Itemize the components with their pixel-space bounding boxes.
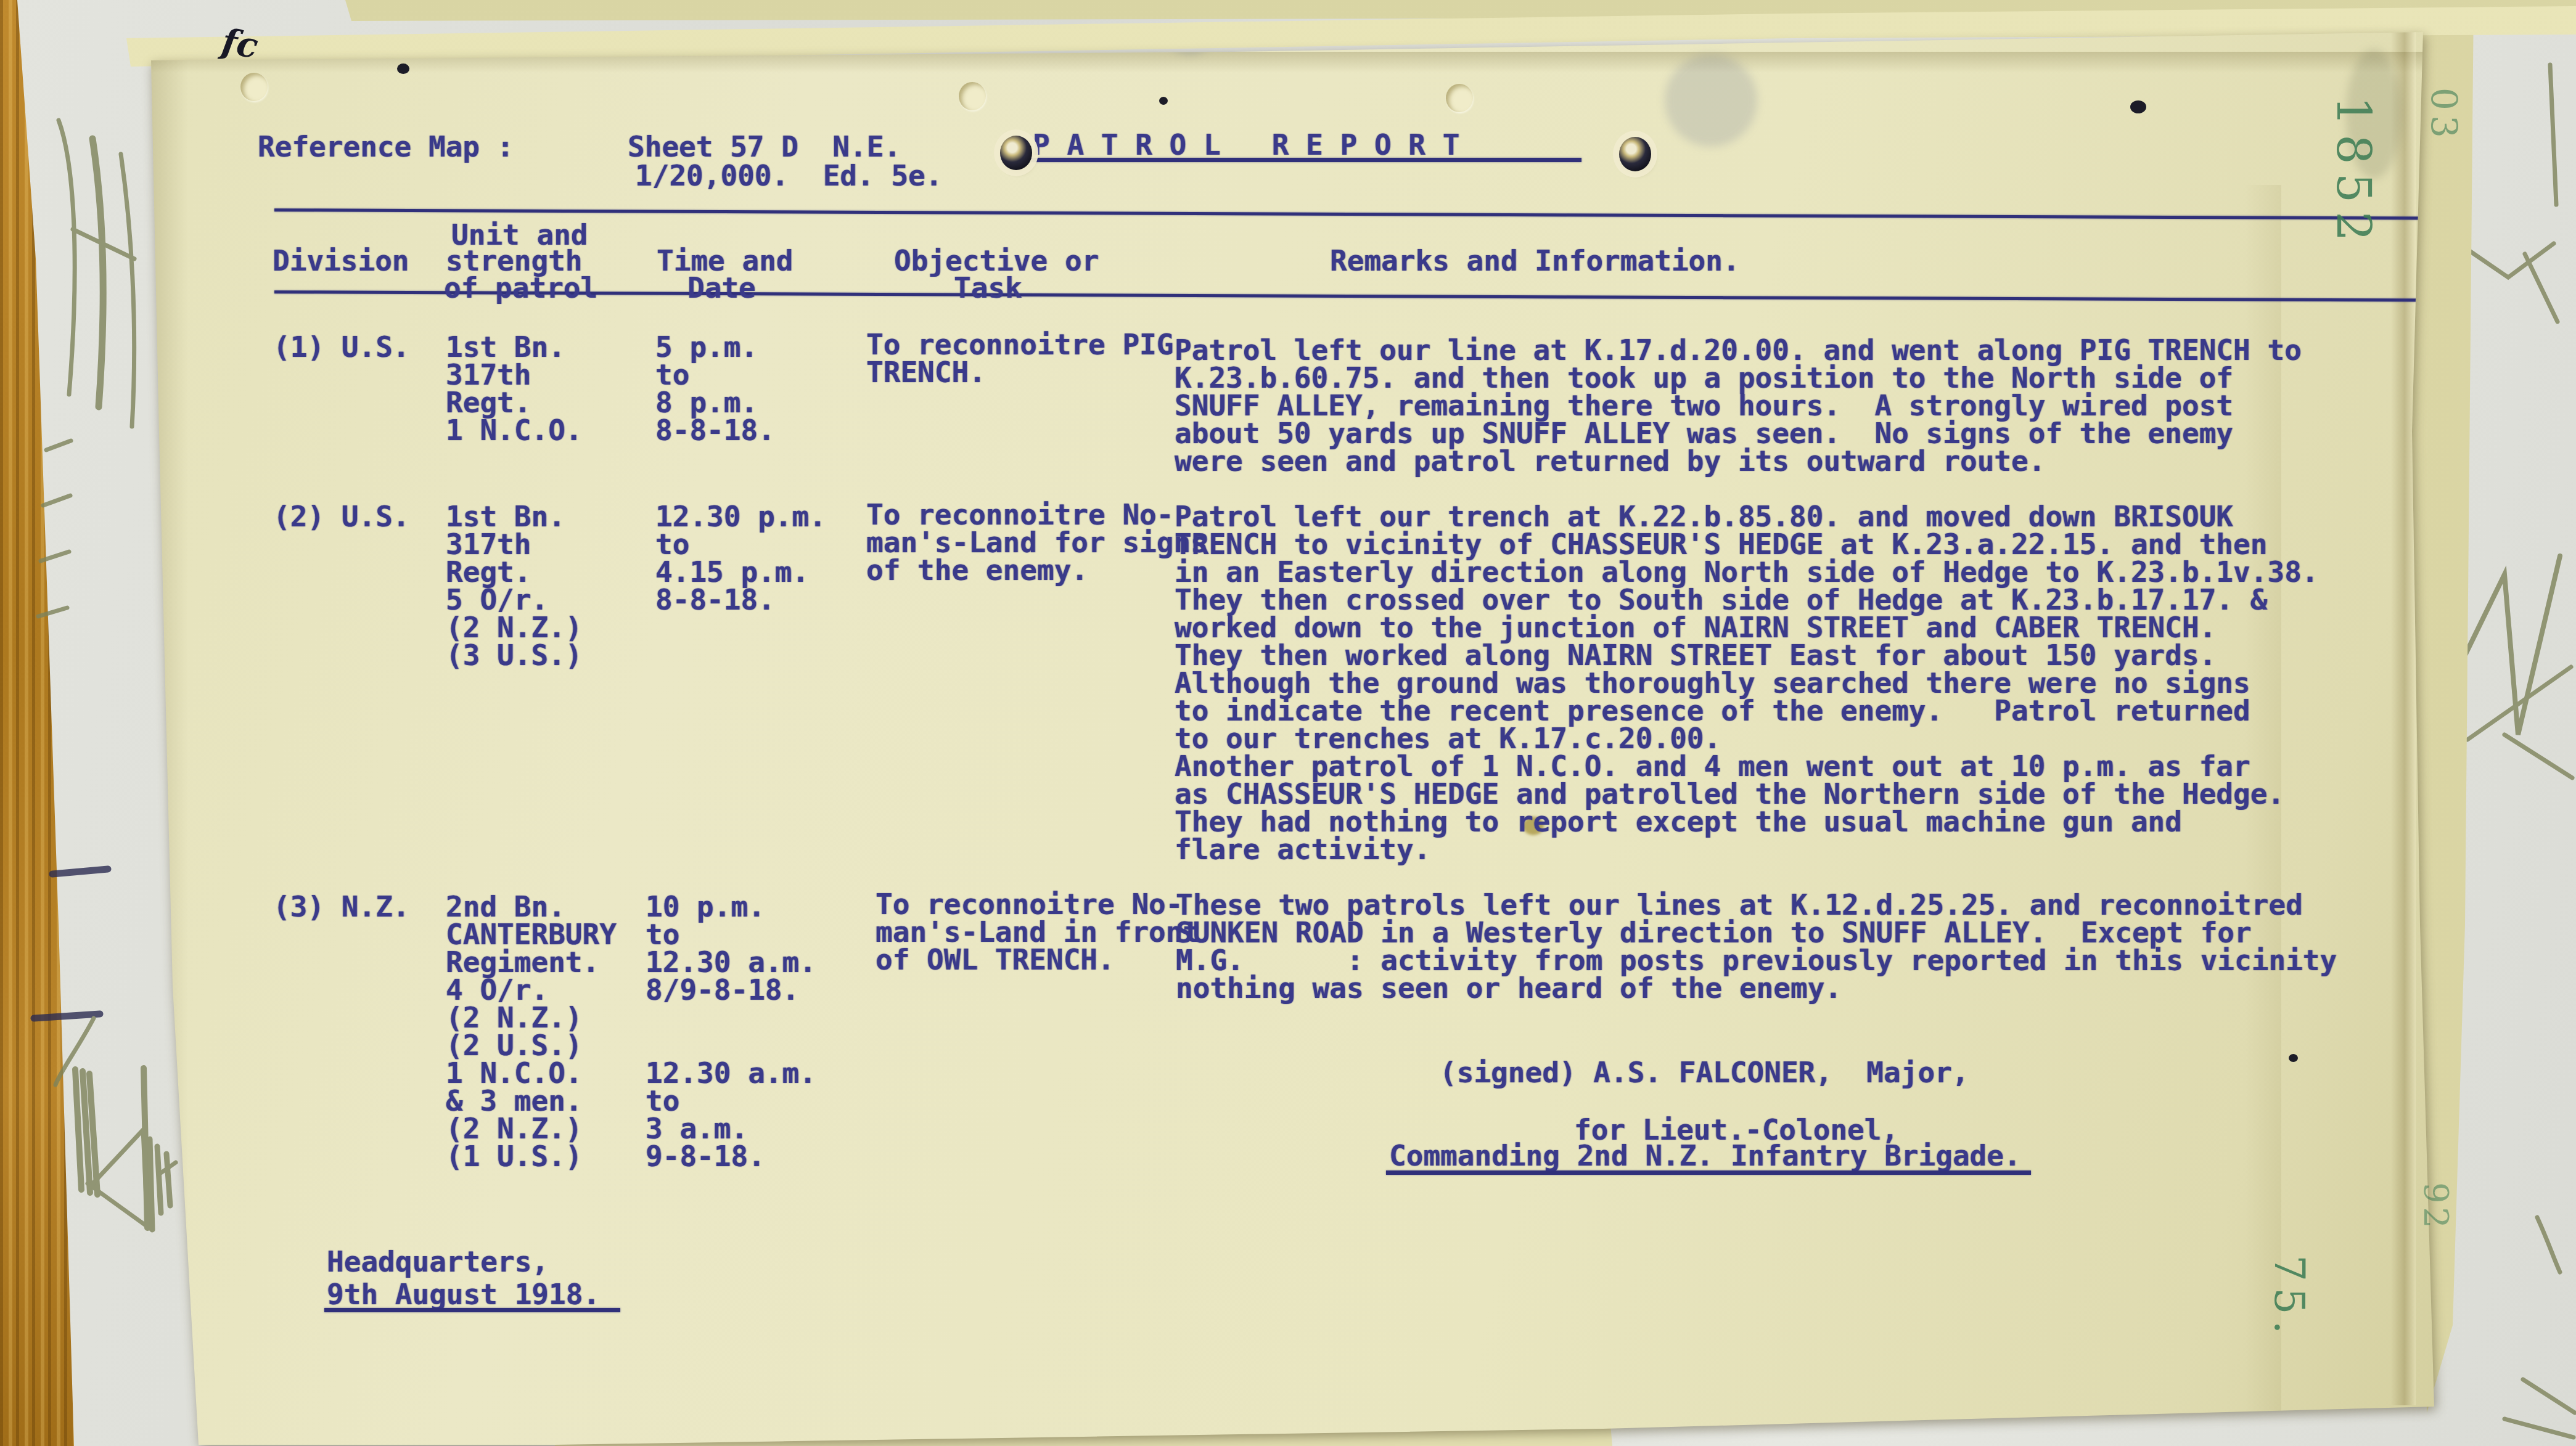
footer-underline xyxy=(324,1308,620,1312)
ink-speck xyxy=(2289,1054,2298,1062)
signature-underline xyxy=(1386,1170,2031,1175)
row2-remarks-line: to our trenches at K.17.c.20.00. xyxy=(1175,724,1721,753)
map-scale-value: 1/20,000. Ed. 5e. xyxy=(635,161,943,190)
archive-number-stamp-bottom: 75. xyxy=(2265,1255,2313,1340)
row1-remarks-line: K.23.b.60.75. and then took up a positio… xyxy=(1175,364,2233,392)
column-header-unit-3: of patrol xyxy=(444,274,597,302)
row1-remarks-line: Patrol left our line at K.17.d.20.00. an… xyxy=(1175,336,2302,364)
row3-time-line: 8/9-8-18. xyxy=(646,976,799,1004)
row3-unit-line: (2 U.S.) xyxy=(446,1031,583,1060)
ink-speck xyxy=(397,63,409,74)
stain xyxy=(1168,17,1212,54)
row2-task-line: man's-Land for signs xyxy=(866,528,1208,557)
edge-number-fragment-bottom: 92 xyxy=(2416,1182,2455,1232)
row2-remarks-line: worked down to the junction of NAIRN STR… xyxy=(1175,613,2216,642)
row2-remarks-line: TRENCH to vicinity of CHASSEUR'S HEDGE a… xyxy=(1175,530,2267,558)
row3-unit-line: 2nd Bn. xyxy=(446,893,565,921)
paper-fastener-right xyxy=(1619,137,1651,171)
row3-unit-line: (2 N.Z.) xyxy=(446,1003,583,1032)
ink-speck xyxy=(2130,100,2146,113)
row2-task-line: of the enemy. xyxy=(866,556,1088,584)
map-sheet-value: Sheet 57 D N.E. xyxy=(628,133,901,161)
row3-unit-line: (1 U.S.) xyxy=(446,1142,583,1170)
row3-remarks-line: nothing was seen or heard of the enemy. xyxy=(1176,974,1842,1002)
row3-task-line: of OWL TRENCH. xyxy=(876,946,1115,974)
signature-command-line: Commanding 2nd N.Z. Infantry Brigade. xyxy=(1389,1142,2021,1170)
row2-task-line: To reconnoitre No- xyxy=(866,500,1174,529)
row1-unit-line: 1 N.C.O. xyxy=(446,416,583,444)
title-underline xyxy=(1031,158,1581,162)
table-rule-top xyxy=(274,208,2445,220)
row1-remarks-line: about 50 yards up SNUFF ALLEY was seen. … xyxy=(1175,419,2233,447)
row3-remarks-line: M.G. : activity from posts previously re… xyxy=(1176,946,2337,974)
row3-division: (3) N.Z. xyxy=(273,893,410,921)
row3-task-line: To reconnoitre No- xyxy=(876,890,1183,918)
row3-time-line: 12.30 a.m. xyxy=(646,948,816,976)
column-header-division: Division xyxy=(273,247,409,275)
archival-photo-patrol-report: fc Reference Map : Sheet 57 D N.E. 1/20,… xyxy=(0,0,2576,1446)
row2-remarks-line: Another patrol of 1 N.C.O. and 4 men wen… xyxy=(1175,752,2250,780)
row1-time-line: 8-8-18. xyxy=(655,416,775,444)
column-header-remarks: Remarks and Information. xyxy=(1330,247,1740,275)
row1-remarks-line: were seen and patrol returned by its out… xyxy=(1175,447,2045,475)
paper-shading xyxy=(151,52,2426,73)
row3-time-line: to xyxy=(646,1087,679,1115)
column-header-time-2: Date xyxy=(687,274,756,302)
row2-time-line: 8-8-18. xyxy=(655,586,775,614)
paper-shading xyxy=(151,52,188,1445)
row1-task-line: To reconnoitre PIG xyxy=(866,330,1174,359)
row1-time-line: to xyxy=(655,361,689,389)
row2-unit-line: 1st Bn. xyxy=(446,502,565,531)
row3-time-line: 3 a.m. xyxy=(646,1114,748,1143)
footer-headquarters: Headquarters, xyxy=(327,1248,549,1276)
stain xyxy=(1665,54,1757,147)
row2-time-line: to xyxy=(655,530,689,558)
row1-remarks-line: SNUFF ALLEY, remaining there two hours. … xyxy=(1175,391,2233,420)
signature-line: (signed) A.S. FALCONER, Major, xyxy=(1440,1058,1969,1087)
row2-unit-line: 5 O/r. xyxy=(446,586,548,614)
row2-remarks-line: Patrol left our trench at K.22.b.85.80. … xyxy=(1175,502,2233,531)
row1-unit-line: 1st Bn. xyxy=(446,333,565,361)
paper-fastener-left xyxy=(1000,136,1032,170)
row2-remarks-line: Although the ground was thoroughly searc… xyxy=(1175,669,2250,697)
row2-division: (2) U.S. xyxy=(273,502,410,531)
row2-remarks-line: to indicate the recent presence of the e… xyxy=(1175,696,2250,725)
row2-remarks-line: flare activity. xyxy=(1175,835,1430,864)
row3-time-line: 12.30 a.m. xyxy=(646,1059,816,1087)
row1-division: (1) U.S. xyxy=(273,333,410,361)
table-rule-bottom xyxy=(274,290,2445,302)
row2-remarks-line: in an Easterly direction along North sid… xyxy=(1175,558,2319,586)
row2-unit-line: Regt. xyxy=(446,558,531,586)
patrol-report-sheet-wrap: Reference Map : Sheet 57 D N.E. 1/20,000… xyxy=(0,0,2576,1446)
row3-unit-line: 1 N.C.O. xyxy=(446,1059,583,1087)
punch-hole xyxy=(959,82,986,110)
row3-remarks-line: These two patrols left our lines at K.12… xyxy=(1176,891,2303,919)
row2-unit-line: (3 U.S.) xyxy=(446,641,583,669)
punch-hole xyxy=(1446,84,1473,112)
row2-time-line: 12.30 p.m. xyxy=(655,502,826,531)
paper-crease xyxy=(2391,31,2416,1405)
row1-unit-line: 317th xyxy=(446,361,531,389)
row2-unit-line: (2 N.Z.) xyxy=(446,613,583,642)
row3-unit-line: Regiment. xyxy=(446,948,599,976)
row3-remarks-line: SUNKEN ROAD in a Westerly direction to S… xyxy=(1176,918,2252,947)
row3-unit-line: & 3 men. xyxy=(446,1087,583,1115)
row3-unit-line: 4 O/r. xyxy=(446,976,548,1004)
ink-speck xyxy=(1159,97,1168,105)
row2-remarks-line: They had nothing to report except the us… xyxy=(1175,807,2182,836)
row1-time-line: 5 p.m. xyxy=(655,333,758,361)
row3-unit-line: CANTERBURY xyxy=(446,920,617,949)
edge-number-fragment-top: 03 xyxy=(2423,88,2465,143)
patrol-report-sheet: Reference Map : Sheet 57 D N.E. 1/20,000… xyxy=(0,0,2576,1446)
row3-time-line: 9-8-18. xyxy=(646,1142,765,1170)
page-title: P A T R O L R E P O R T xyxy=(1033,131,1459,159)
reference-map-label: Reference Map : xyxy=(258,133,514,161)
footer-date: 9th August 1918. xyxy=(327,1280,600,1309)
row3-unit-line: (2 N.Z.) xyxy=(446,1114,583,1143)
row1-task-line: TRENCH. xyxy=(866,358,986,386)
row3-time-line: to xyxy=(646,920,679,949)
row2-unit-line: 317th xyxy=(446,530,531,558)
row2-remarks-line: as CHASSEUR'S HEDGE and patrolled the No… xyxy=(1175,780,2284,808)
archive-number-stamp-top: 1852 xyxy=(2326,96,2381,250)
row3-task-line: man's-Land in front xyxy=(876,918,1200,946)
row1-time-line: 8 p.m. xyxy=(655,388,758,417)
row2-time-line: 4.15 p.m. xyxy=(655,558,809,586)
column-header-task-2: Task xyxy=(954,274,1022,302)
punch-hole xyxy=(240,73,268,101)
row2-remarks-line: They then crossed over to South side of … xyxy=(1175,586,2267,614)
row3-time-line: 10 p.m. xyxy=(646,893,765,921)
row2-remarks-line: They then worked along NAIRN STREET East… xyxy=(1175,641,2216,669)
row1-unit-line: Regt. xyxy=(446,388,531,417)
